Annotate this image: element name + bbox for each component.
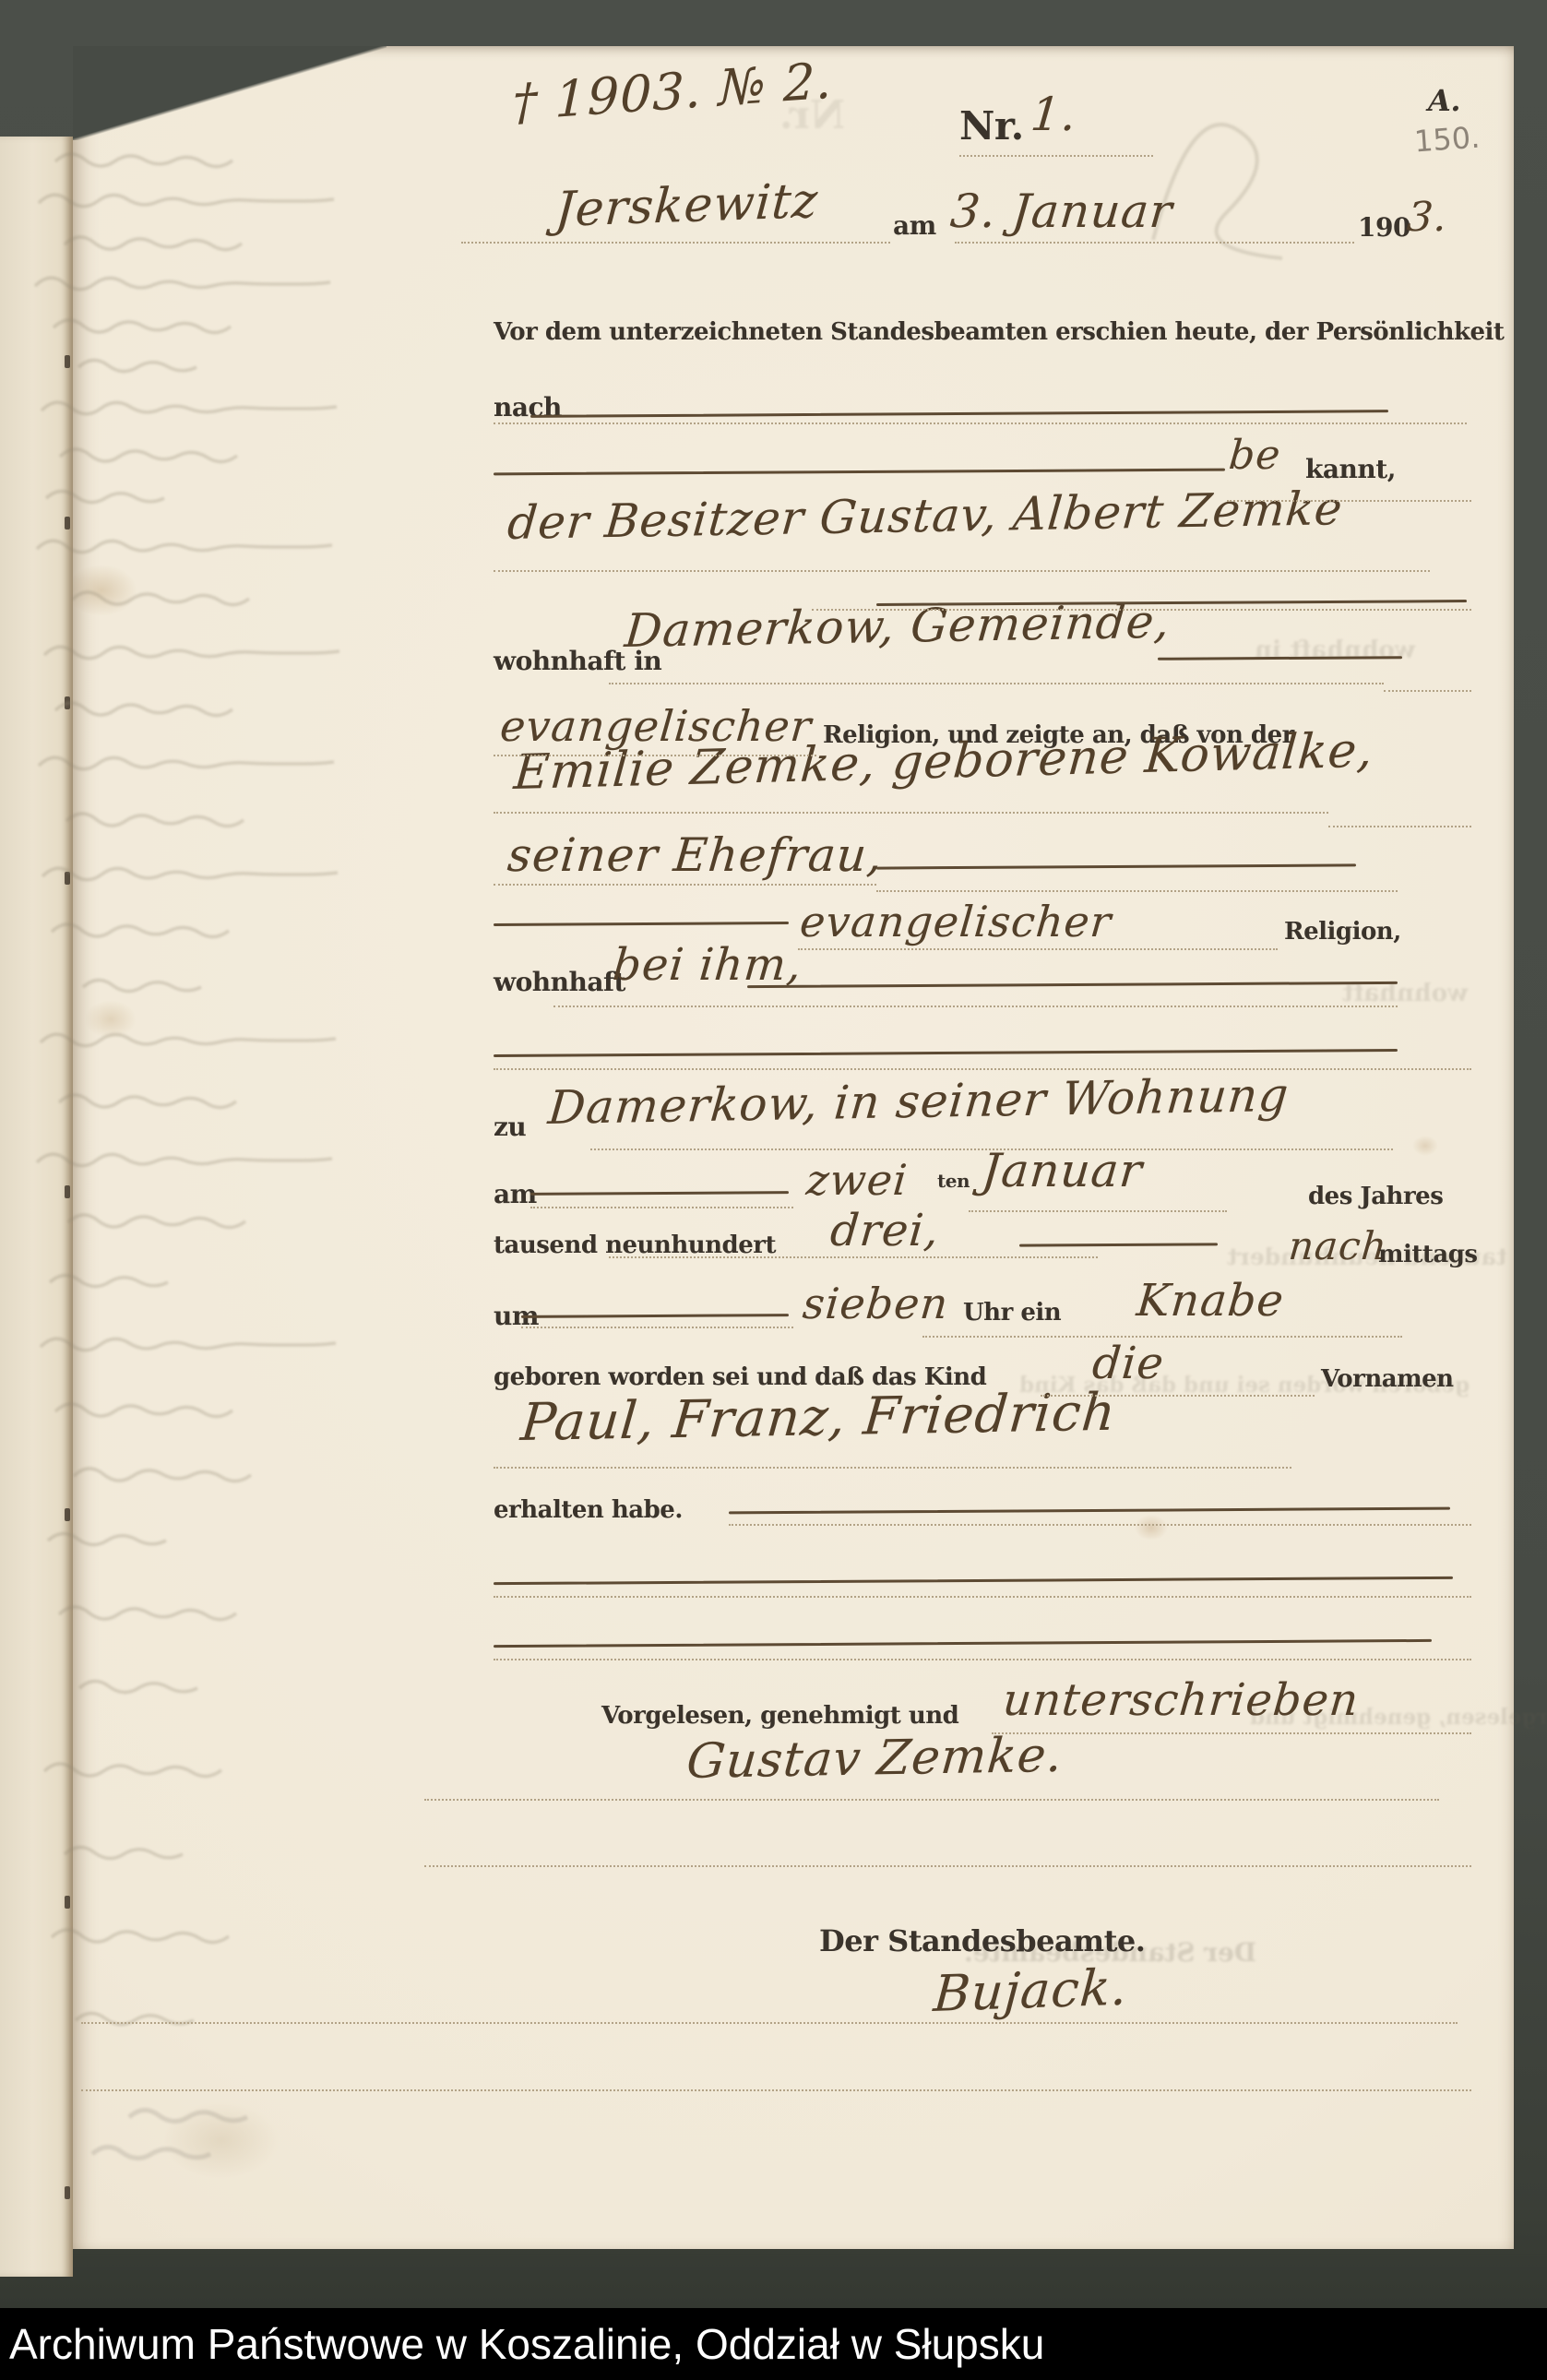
dotted-rule: [969, 1210, 1227, 1212]
mittags-label: mittags: [1378, 1241, 1478, 1268]
showthrough-label: wohnhaft in: [1255, 637, 1415, 664]
mother-religion: evangelischer: [798, 897, 1113, 946]
bleed-through-handwriting: [28, 120, 397, 2242]
nach-mittags-written: nach: [1287, 1223, 1389, 1268]
registrar-title: Der Standesbeamte.: [819, 1923, 1145, 1958]
corner-number-pencil: 150.: [1413, 120, 1482, 160]
dotted-rule: [1227, 500, 1471, 502]
dotted-rule: [812, 609, 1471, 611]
dotted-rule: [461, 242, 890, 244]
am-label: am: [893, 210, 936, 241]
birth-day: zwei: [804, 1155, 910, 1205]
archive-footer-bar: Archiwum Państwowe w Koszalinie, Oddział…: [0, 2308, 1547, 2380]
ten-suffix-label: ten: [937, 1170, 970, 1192]
registrar-signature: Bujack.: [932, 1958, 1130, 2023]
nach-label: nach: [494, 392, 562, 422]
dotted-rule: [494, 1068, 1471, 1070]
dotted-rule: [729, 1524, 1471, 1526]
dotted-rule: [876, 890, 1398, 892]
dotted-rule: [959, 155, 1153, 157]
wohnhaft-label: wohnhaft: [494, 967, 625, 997]
bekannt-prefix-written: be: [1227, 432, 1283, 479]
dotted-rule: [521, 1327, 793, 1328]
mother-relation: seiner Ehefrau,: [506, 828, 886, 882]
archive-name: Archiwum Państwowe w Koszalinie, Oddział…: [9, 2320, 1044, 2368]
zu-label: zu: [494, 1112, 526, 1142]
dotted-rule: [1041, 1395, 1315, 1397]
dotted-rule: [81, 2022, 1458, 2024]
uhr-ein-label: Uhr ein: [963, 1299, 1061, 1327]
dotted-rule: [81, 2089, 1471, 2091]
dotted-rule: [494, 1596, 1471, 1598]
dotted-rule: [992, 1732, 1471, 1734]
birth-year: drei,: [828, 1205, 942, 1256]
registry-place: Jerskewitz: [553, 173, 820, 238]
die-written: die: [1090, 1338, 1166, 1389]
dotted-rule: [922, 1336, 1402, 1338]
scanned-record-page: wohnhaft in wohnhaft tausend neunhundert…: [0, 0, 1547, 2380]
religion-label: Religion,: [1284, 918, 1401, 946]
birth-month: Januar: [980, 1144, 1145, 1197]
dotted-rule: [494, 884, 876, 886]
vorgelesen-label: Vorgelesen, genehmigt und: [601, 1702, 958, 1730]
record-date: 3. Januar: [948, 184, 1175, 238]
vornamen-label: Vornamen: [1321, 1365, 1454, 1393]
unterschrieben-written: unterschrieben: [1001, 1674, 1362, 1726]
mother-residence: bei ihm,: [611, 939, 804, 991]
dotted-rule: [1328, 826, 1471, 827]
child-sex: Knabe: [1135, 1275, 1286, 1327]
record-number-value: 1.: [1029, 88, 1079, 141]
dotted-rule: [955, 242, 1354, 244]
dotted-rule: [494, 570, 1430, 572]
child-names: Paul, Franz, Friedrich: [518, 1383, 1119, 1453]
erhalten-label: erhalten habe.: [494, 1496, 683, 1524]
corner-letter: A.: [1428, 83, 1460, 118]
dotted-rule: [530, 1207, 793, 1208]
dotted-rule: [494, 1467, 1291, 1469]
dotted-rule: [798, 948, 1278, 950]
tausend-label: tausend neunhundert: [494, 1232, 776, 1259]
dotted-rule: [553, 1006, 1398, 1007]
intro-line: Vor dem unterzeichneten Standesbeamten e…: [494, 318, 1504, 346]
kannt-label: kannt,: [1305, 454, 1396, 484]
year-written: 3.: [1405, 194, 1449, 241]
dotted-rule: [494, 812, 1328, 814]
birth-hour: sieben: [801, 1279, 951, 1328]
dotted-rule: [494, 422, 1467, 424]
dotted-rule: [609, 683, 1384, 684]
des-jahres-label: des Jahres: [1308, 1183, 1443, 1210]
dotted-rule: [494, 755, 816, 756]
dotted-rule: [590, 1148, 1393, 1150]
dotted-rule: [424, 1865, 1471, 1867]
record-number-label: Nr.: [959, 103, 1024, 149]
dotted-rule: [494, 1659, 1471, 1660]
year-printed: 190: [1358, 212, 1410, 243]
dotted-rule: [609, 1256, 1098, 1258]
declarant-signature: Gustav Zemke.: [684, 1728, 1065, 1790]
dotted-rule: [1384, 690, 1471, 692]
dotted-rule: [424, 1799, 1439, 1801]
